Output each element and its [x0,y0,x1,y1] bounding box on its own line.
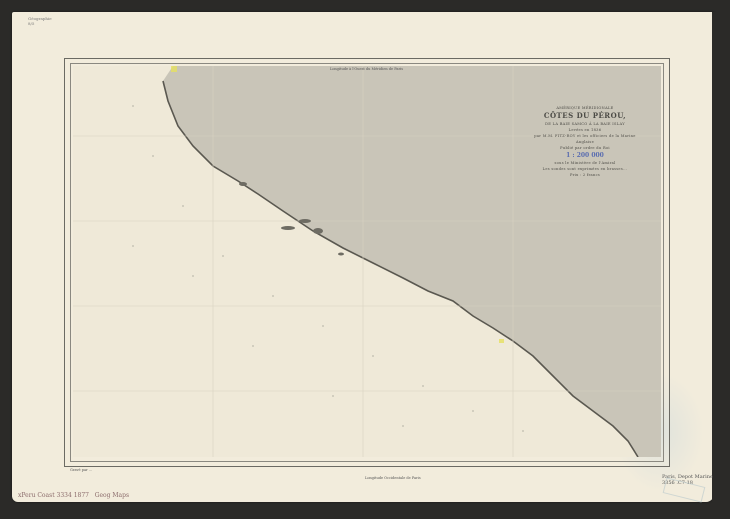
top-longitude-caption: Longitude à l'Ouest du Méridien de Paris [330,67,403,71]
cartouche-price: Prix : 2 francs [530,172,640,178]
catalog-handwriting: xPeru Coast 3334 1877 Geog Maps [18,492,129,499]
catalog-collection: Geog Maps [95,492,129,499]
cartouche-surveyors: par M.M. FITZ-ROY et les officiers de la… [530,133,640,145]
map-title: CÔTES DU PÉROU, [530,111,640,121]
note-line: 8/5 [28,21,52,26]
title-cartouche: AMÉRIQUE MÉRIDIONALE CÔTES DU PÉROU, DE … [530,105,640,178]
catalog-call-number: xPeru Coast 3334 1877 [18,492,89,499]
bottom-longitude-caption: Longitude Occidentale de Paris [365,476,421,480]
top-left-note: Géographie 8/5 [28,16,52,26]
map-scale: 1 : 200 000 [530,151,640,160]
engraver-caption: Gravé par ... [70,468,92,472]
